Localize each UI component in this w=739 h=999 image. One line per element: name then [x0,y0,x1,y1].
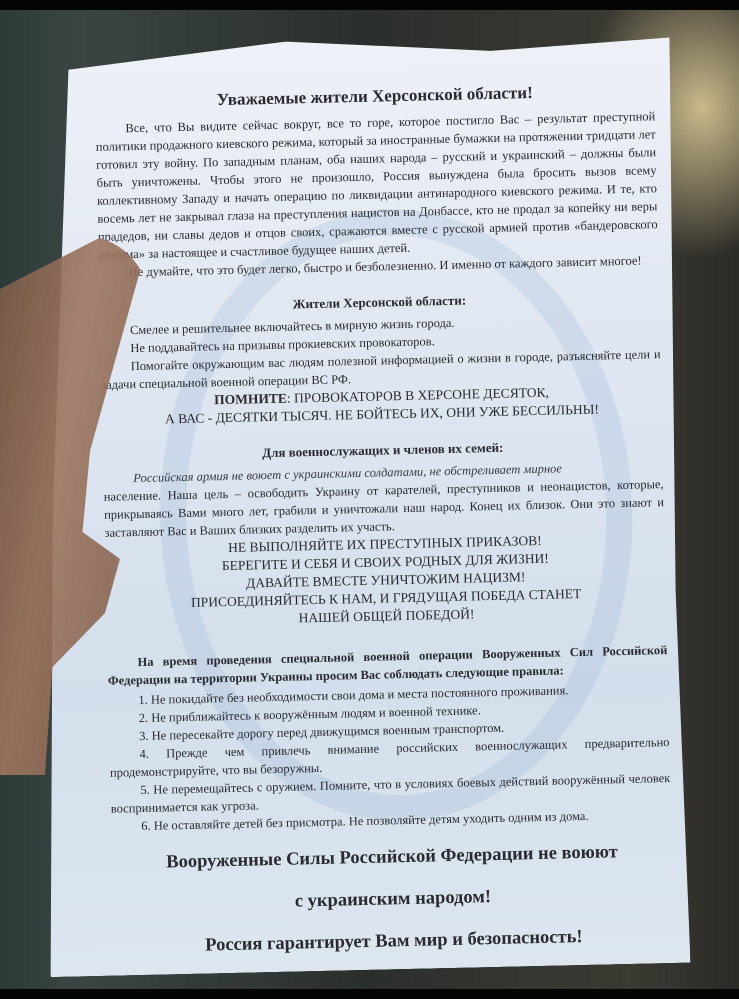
closing-line-1: Вооруженные Силы Российской Федерации не… [112,837,672,878]
intro-paragraph: Все, что Вы видите сейчас вокруг, все то… [95,107,658,264]
photo-top-border [0,0,739,10]
leaflet-title: Уважаемые жители Херсонской области! [95,81,655,112]
leaflet-paper: Уважаемые жители Херсонской области! Все… [30,33,691,977]
closing-line-3: Россия гарантирует Вам мир и безопасност… [114,921,674,962]
leaflet-content: Уважаемые жители Херсонской области! Все… [94,69,674,961]
closing-line-2: с украинским народом! [113,879,673,920]
remember-label: ПОМНИТЕ [214,391,287,408]
photo-bottom-border [0,989,739,999]
